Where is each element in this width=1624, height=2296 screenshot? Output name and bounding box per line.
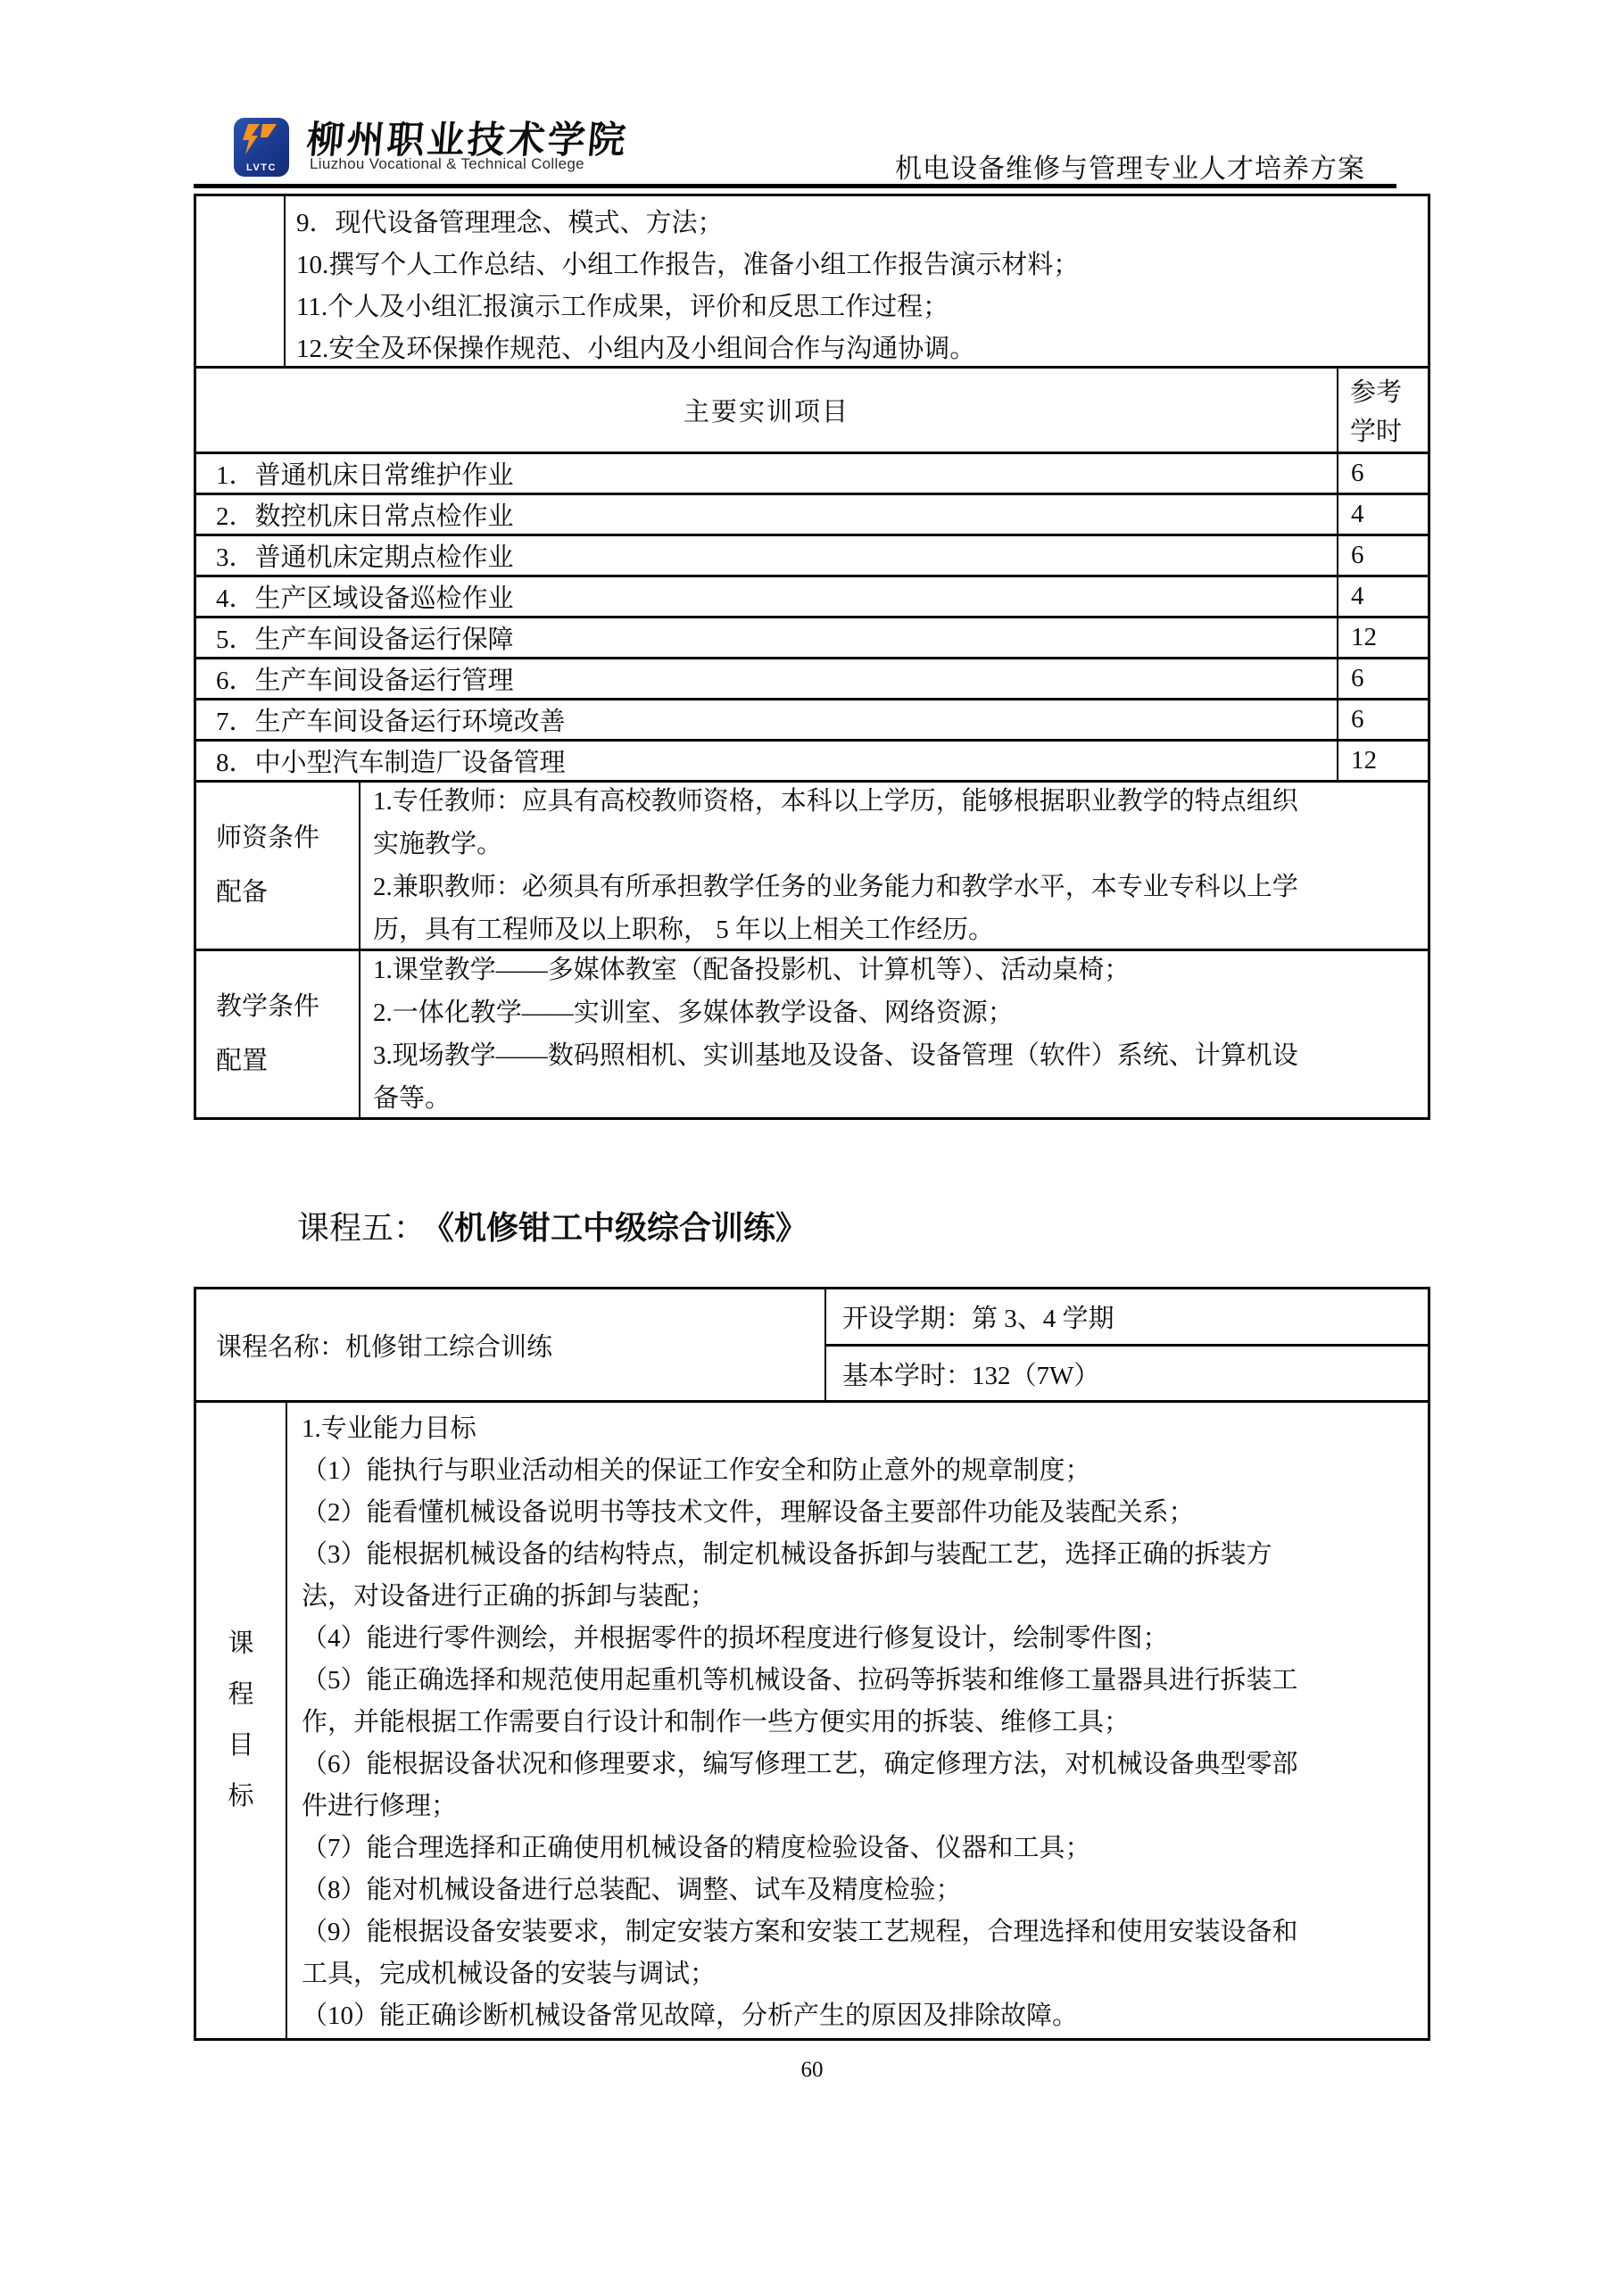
teacher-requirements-label: 师资条件 配备: [196, 783, 360, 949]
course-name-cell: 课程名称：机修钳工综合训练: [196, 1289, 826, 1400]
teacher-requirements-content: 1.专任教师：应具有高校教师资格，本科以上学历，能够根据职业教学的特点组织 实施…: [360, 783, 1428, 949]
objective-line: 1.专业能力目标: [302, 1408, 1415, 1450]
project-hours: 6: [1337, 454, 1428, 493]
content-line: 实施教学。: [373, 823, 1428, 866]
table-row: 6．生产车间设备运行管理 6: [196, 657, 1428, 698]
project-name: 6．生产车间设备运行管理: [196, 659, 1337, 698]
table-row: 5．生产车间设备运行保障 12: [196, 616, 1428, 657]
table-row: 1．普通机床日常维护作业 6: [196, 452, 1428, 493]
project-name: 3．普通机床定期点检作业: [196, 536, 1337, 575]
course-content-cell: 9．现代设备管理理念、模式、方法； 10.撰写个人工作总结、小组工作报告，准备小…: [286, 196, 1428, 366]
project-name: 2．数控机床日常点检作业: [196, 495, 1337, 534]
project-name: 1．普通机床日常维护作业: [196, 454, 1337, 493]
course-objectives-label: 课 程 目 标: [196, 1403, 287, 2038]
objective-line: （3）能根据机械设备的结构特点，制定机械设备拆卸与装配工艺，选择正确的拆装方: [302, 1534, 1415, 1576]
section-heading-title: 《机修钳工中级综合训练》: [438, 1210, 808, 1246]
table-row: 7．生产车间设备运行环境改善 6: [196, 698, 1428, 739]
table-row: 4．生产区域设备巡检作业 4: [196, 575, 1428, 616]
header-rule: [194, 184, 1396, 188]
facility-requirements-content: 1.课堂教学——多媒体教室（配备投影机、计算机等）、活动桌椅； 2.一体化教学—…: [360, 951, 1428, 1117]
document-page: LVTC 柳州职业技术学院 Liuzhou Vocational & Techn…: [0, 0, 1624, 2296]
label-line: 配备: [216, 880, 359, 906]
objective-line: （1）能执行与职业活动相关的保证工作安全和防止意外的规章制度；: [302, 1450, 1415, 1492]
semester-cell: 开设学期：第 3、4 学期: [826, 1289, 1428, 1344]
hours-header-line: 参考: [1350, 373, 1428, 412]
objective-line: （5）能正确选择和规范使用起重机等机械设备、拉码等拆装和维修工量器具进行拆装工: [302, 1660, 1415, 1702]
content-line: 3.现场教学——数码照相机、实训基地及设备、设备管理（软件）系统、计算机设: [373, 1034, 1428, 1077]
course-objectives-row: 课 程 目 标 1.专业能力目标 （1）能执行与职业活动相关的保证工作安全和防止…: [196, 1400, 1428, 2038]
content-line: 11.个人及小组汇报演示工作成果，评价和反思工作过程；: [296, 286, 1419, 328]
label-line: 师资条件: [216, 825, 359, 851]
content-line: 12.安全及环保操作规范、小组内及小组间合作与沟通协调。: [296, 328, 1419, 370]
lvtc-lightning-icon: [240, 122, 283, 160]
objective-line: 法，对设备进行正确的拆卸与装配；: [302, 1576, 1415, 1618]
label-char: 程: [228, 1682, 253, 1708]
project-name: 7．生产车间设备运行环境改善: [196, 700, 1337, 739]
objective-line: （10）能正确诊断机械设备常见故障，分析产生的原因及排除故障。: [302, 1995, 1415, 2037]
label-char: 标: [228, 1784, 253, 1810]
objective-line: （6）能根据设备状况和修理要求，编写修理工艺，确定修理方法，对机械设备典型零部: [302, 1744, 1415, 1786]
course-info-row: 课程名称：机修钳工综合训练 开设学期：第 3、4 学期 基本学时：132（7W）: [196, 1289, 1428, 1400]
project-name: 5．生产车间设备运行保障: [196, 618, 1337, 657]
project-hours: 6: [1337, 536, 1428, 575]
hours-header: 参考 学时: [1337, 369, 1428, 452]
content-line: 历，具有工程师及以上职称， 5 年以上相关工作经历。: [373, 908, 1428, 951]
objective-line: （8）能对机械设备进行总装配、调整、试车及精度检验；: [302, 1869, 1415, 1911]
content-line: 1.专任教师：应具有高校教师资格，本科以上学历，能够根据职业教学的特点组织: [373, 780, 1428, 823]
projects-header-row: 主要实训项目 参考 学时: [196, 366, 1428, 452]
content-line: 9．现代设备管理理念、模式、方法；: [296, 203, 1419, 245]
project-hours: 4: [1337, 495, 1428, 534]
facility-requirements-label: 教学条件 配置: [196, 951, 360, 1117]
base-hours-cell: 基本学时：132（7W）: [826, 1344, 1428, 1400]
content-line: 2.兼职教师：必须具有所承担教学任务的业务能力和教学水平，本专业专科以上学: [373, 866, 1428, 908]
project-hours: 12: [1337, 618, 1428, 657]
objective-line: （9）能根据设备安装要求，制定安装方案和安装工艺规程，合理选择和使用安装设备和: [302, 1911, 1415, 1953]
course-objectives-content: 1.专业能力目标 （1）能执行与职业活动相关的保证工作安全和防止意外的规章制度；…: [287, 1403, 1428, 2038]
project-hours: 6: [1337, 700, 1428, 739]
college-name-english: Liuzhou Vocational & Technical College: [310, 155, 584, 173]
course-five-table: 课程名称：机修钳工综合训练 开设学期：第 3、4 学期 基本学时：132（7W）…: [194, 1287, 1430, 2041]
content-line: 备等。: [373, 1077, 1428, 1120]
label-char: 课: [228, 1631, 253, 1657]
course-content-row: 9．现代设备管理理念、模式、方法； 10.撰写个人工作总结、小组工作报告，准备小…: [196, 196, 1428, 366]
label-char: 目: [228, 1733, 253, 1759]
label-line: 教学条件: [216, 994, 359, 1020]
teacher-requirements-row: 师资条件 配备 1.专任教师：应具有高校教师资格，本科以上学历，能够根据职业教学…: [196, 780, 1428, 949]
project-hours: 4: [1337, 577, 1428, 616]
course-info-right: 开设学期：第 3、4 学期 基本学时：132（7W）: [826, 1289, 1428, 1400]
content-line: 1.课堂教学——多媒体教室（配备投影机、计算机等）、活动桌椅；: [373, 949, 1428, 991]
project-name: 4．生产区域设备巡检作业: [196, 577, 1337, 616]
project-hours: 6: [1337, 659, 1428, 698]
objective-line: 件进行修理；: [302, 1786, 1415, 1828]
content-line: 10.撰写个人工作总结、小组工作报告，准备小组工作报告演示材料；: [296, 245, 1419, 286]
hours-header-line: 学时: [1350, 412, 1428, 452]
document-title: 机电设备维修与管理专业人才培养方案: [895, 146, 1365, 186]
logo-text: LVTC: [234, 163, 289, 173]
table-row: 8．中小型汽车制造厂设备管理 12: [196, 739, 1428, 780]
project-hours: 12: [1337, 742, 1428, 780]
facility-requirements-row: 教学条件 配置 1.课堂教学——多媒体教室（配备投影机、计算机等）、活动桌椅； …: [196, 949, 1428, 1117]
table-row: 3．普通机床定期点检作业 6: [196, 534, 1428, 575]
content-line: 2.一体化教学——实训室、多媒体教学设备、网络资源；: [373, 991, 1428, 1034]
training-course-table: 9．现代设备管理理念、模式、方法； 10.撰写个人工作总结、小组工作报告，准备小…: [194, 194, 1430, 1120]
project-name: 8．中小型汽车制造厂设备管理: [196, 742, 1337, 780]
section-heading-prefix: 课程五：: [297, 1210, 426, 1246]
section-heading: 课程五：《机修钳工中级综合训练》: [297, 1203, 808, 1248]
empty-label-cell: [196, 196, 286, 366]
page-number: 60: [0, 2058, 1624, 2083]
objective-line: 工具，完成机械设备的安装与调试；: [302, 1953, 1415, 1995]
table-row: 2．数控机床日常点检作业 4: [196, 493, 1428, 534]
objective-line: 作，并能根据工作需要自行设计和制作一些方便实用的拆装、维修工具；: [302, 1702, 1415, 1744]
objective-line: （2）能看懂机械设备说明书等技术文件，理解设备主要部件功能及装配关系；: [302, 1492, 1415, 1534]
objective-line: （7）能合理选择和正确使用机械设备的精度检验设备、仪器和工具；: [302, 1828, 1415, 1869]
projects-header: 主要实训项目: [196, 369, 1337, 452]
label-line: 配置: [216, 1049, 359, 1074]
objective-line: （4）能进行零件测绘，并根据零件的损坏程度进行修复设计，绘制零件图；: [302, 1618, 1415, 1660]
college-logo: LVTC: [234, 118, 289, 177]
